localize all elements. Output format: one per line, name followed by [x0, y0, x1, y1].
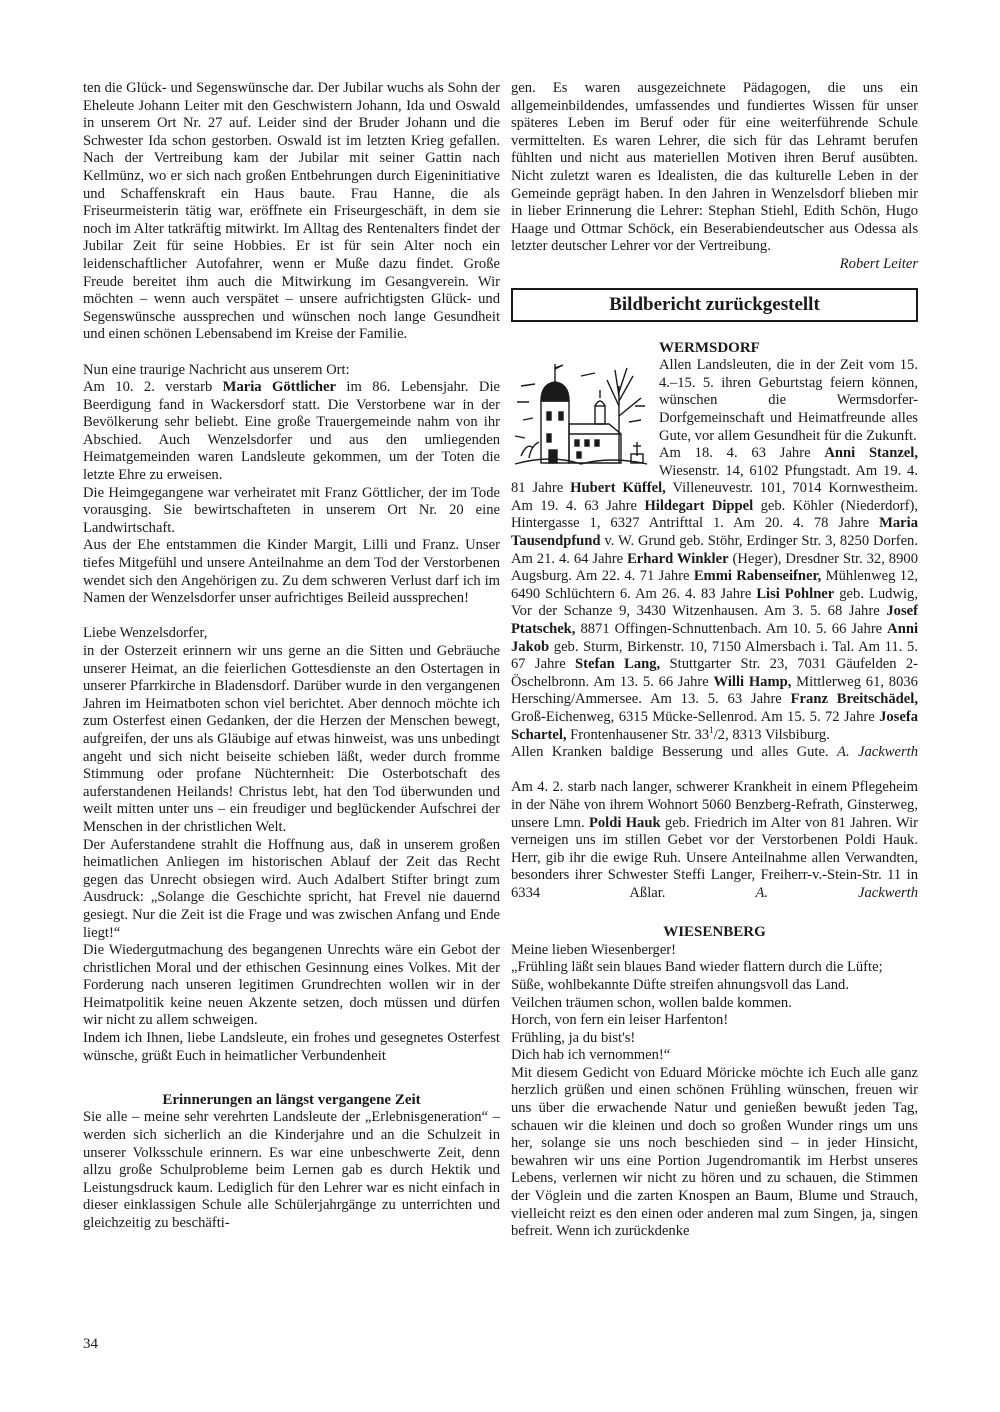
sad-news-intro: Nun eine traurige Nachricht aus unserem … [83, 362, 500, 380]
page-number: 34 [83, 1336, 98, 1354]
wiesenberg-greeting: Meine lieben Wiesenberger! [511, 942, 918, 960]
poem-line: Dich hab ich vernommen!“ [511, 1047, 918, 1065]
deceased-name: Poldi Hauk [589, 815, 661, 831]
wiesenberg-body: Mit diesem Gedicht von Eduard Möricke mö… [511, 1065, 918, 1241]
poem-line: „Frühling läßt sein blaues Band wieder f… [511, 959, 918, 977]
poem-line: Veilchen träumen schon, wollen balde kom… [511, 995, 918, 1013]
wiesenberg-section: WIESENBERG Meine lieben Wiesenberger! „F… [511, 924, 918, 1241]
right-column: gen. Es waren ausgezeichnete Pädagogen, … [511, 80, 918, 1241]
left-column: ten die Glück- und Segenswünsche dar. De… [83, 80, 500, 1233]
section-heading-wiesenberg: WIESENBERG [511, 924, 918, 942]
signature-jackwerth-2: A. Jackwerth [755, 885, 918, 901]
church-illustration-icon [511, 346, 651, 466]
easter-closing: Indem ich Ihnen, liebe Landsleute, ein f… [83, 1030, 500, 1065]
deceased-name: Maria Göttlicher [223, 379, 336, 395]
easter-paragraph: in der Osterzeit erinnern wir uns gerne … [83, 643, 500, 837]
wermsdorf-section: WERMSDORF Allen Landsleuten, die in der … [511, 340, 918, 903]
boxed-heading: Bildbericht zurückgestellt [511, 288, 918, 322]
section-heading-memories: Erinnerungen an längst vergangene Zeit [83, 1092, 500, 1110]
birthday-list: Am 18. 4. 63 Jahre Anni Stanzel, Wiesens… [511, 445, 918, 744]
obituary-hauk: Am 4. 2. starb nach langer, schwerer Kra… [511, 779, 918, 902]
author-signature: Robert Leiter [511, 256, 918, 274]
jubilar-paragraph: ten die Glück- und Segenswünsche dar. De… [83, 80, 500, 344]
easter-greeting: Liebe Wenzelsdorfer, [83, 625, 500, 643]
poem-line: Süße, wohlbekannte Düfte streifen ahnung… [511, 977, 918, 995]
obituary-goettlicher: Am 10. 2. verstarb Maria Göttlicher im 8… [83, 379, 500, 485]
teachers-paragraph: gen. Es waren ausgezeichnete Pädagogen, … [511, 80, 918, 256]
school-memories-paragraph: Sie alle – meine sehr verehrten Landsleu… [83, 1109, 500, 1232]
restitution-paragraph: Die Wiedergutmachung des begangenen Unre… [83, 942, 500, 1030]
signature-jackwerth-1: A. Jackwerth [837, 744, 918, 760]
resurrection-paragraph: Der Auferstandene strahlt die Hoffnung a… [83, 837, 500, 943]
spring-poem: „Frühling läßt sein blaues Band wieder f… [511, 959, 918, 1065]
obituary-condolence: Aus der Ehe entstammen die Kinder Margit… [83, 537, 500, 607]
sick-wishes: Allen Kranken baldige Besserung und alle… [511, 744, 918, 762]
poem-line: Horch, von fern ein leiser Harfenton! [511, 1012, 918, 1030]
poem-line: Frühling, ja du bist's! [511, 1030, 918, 1048]
obituary-marriage: Die Heimgegangene war verheiratet mit Fr… [83, 485, 500, 538]
